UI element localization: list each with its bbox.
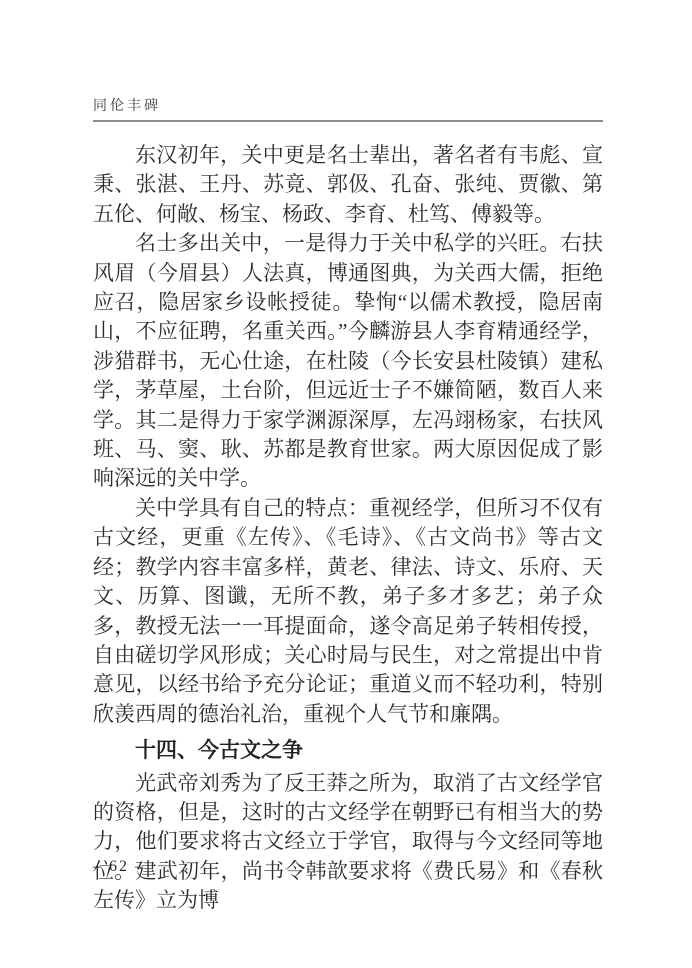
paragraph-guanzhong-school-traits: 关中学具有自己的特点：重视经学，但所习不仅有古文经，更重《左传》、《毛诗》、《古… bbox=[93, 494, 603, 729]
page-footer: – 62 – bbox=[93, 858, 145, 876]
book-page: 同伦丰碑 东汉初年，关中更是名士辈出，著名者有韦彪、宣秉、张湛、王丹、苏竟、郭伋… bbox=[0, 0, 692, 968]
page-number: – 62 – bbox=[93, 858, 145, 875]
page-body: 东汉初年，关中更是名士辈出，著名者有韦彪、宣秉、张湛、王丹、苏竟、郭伋、孔奋、张… bbox=[93, 141, 603, 916]
running-header-title: 同伦丰碑 bbox=[93, 99, 603, 115]
header-rule bbox=[93, 120, 603, 122]
section-heading-jinguwen-dispute: 十四、今古文之争 bbox=[93, 736, 603, 765]
page-header: 同伦丰碑 bbox=[93, 99, 603, 122]
paragraph-famous-scholars: 东汉初年，关中更是名士辈出，著名者有韦彪、宣秉、张湛、王丹、苏竟、郭伋、孔奋、张… bbox=[93, 141, 603, 229]
paragraph-private-schools: 名士多出关中，一是得力于关中私学的兴旺。右扶风眉（今眉县）人法真，博通图典，为关… bbox=[93, 229, 603, 494]
paragraph-guangwu-emperor: 光武帝刘秀为了反王莽之所为，取消了古文经学官的资格，但是，这时的古文经学在朝野已… bbox=[93, 769, 603, 916]
